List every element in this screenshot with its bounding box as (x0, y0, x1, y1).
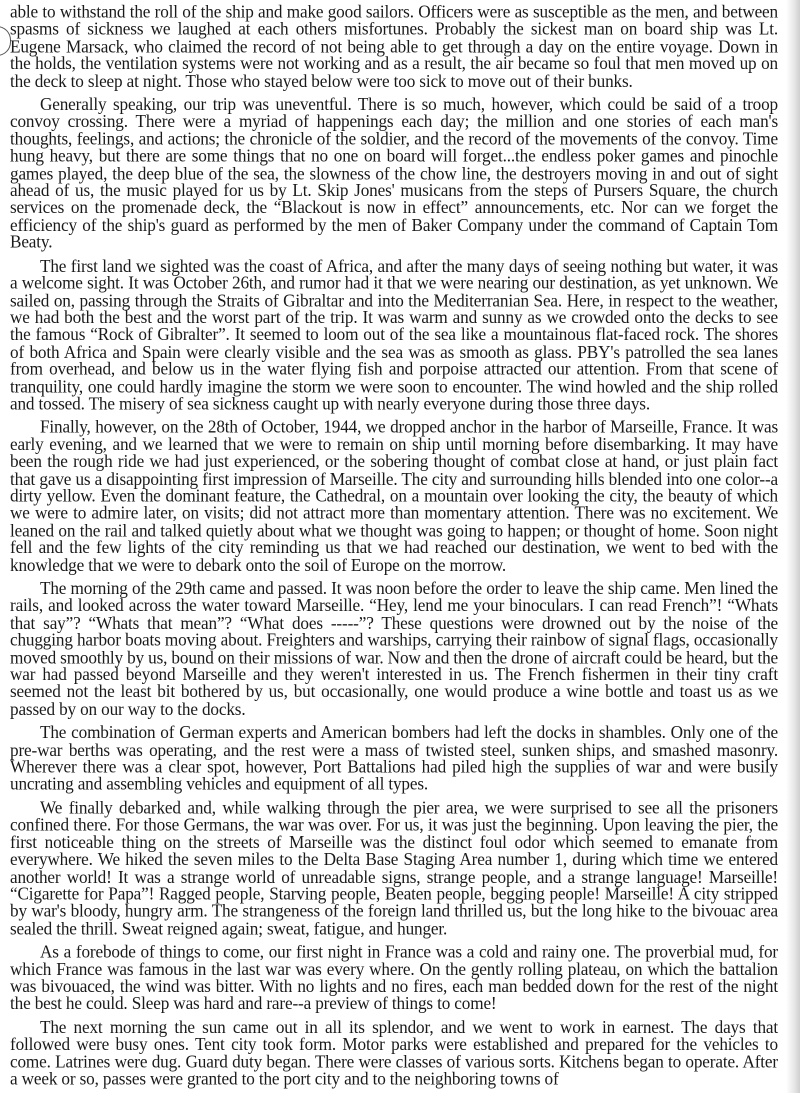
body-text: able to withstand the roll of the ship a… (10, 4, 778, 1093)
page-dot-mark (436, 1080, 440, 1084)
paragraph-debarking: We finally debarked and, while walking t… (10, 800, 778, 938)
paragraph-marseille-arrival: Finally, however, on the 28th of October… (10, 419, 778, 574)
scanned-page: able to withstand the roll of the ship a… (0, 0, 800, 1093)
paragraph-morning-29th: The morning of the 29th came and passed.… (10, 580, 778, 718)
paragraph-first-night: As a forebode of things to come, our fir… (10, 944, 778, 1013)
paragraph-next-morning: The next morning the sun came out in all… (10, 1019, 778, 1088)
paragraph-seasickness: able to withstand the roll of the ship a… (10, 4, 778, 90)
paragraph-africa-gibraltar: The first land we sighted was the coast … (10, 258, 778, 413)
paragraph-uneventful-trip: Generally speaking, our trip was unevent… (10, 96, 778, 251)
page-edge-shadow (786, 0, 800, 1093)
paragraph-docks-shambles: The combination of German experts and Am… (10, 725, 778, 794)
